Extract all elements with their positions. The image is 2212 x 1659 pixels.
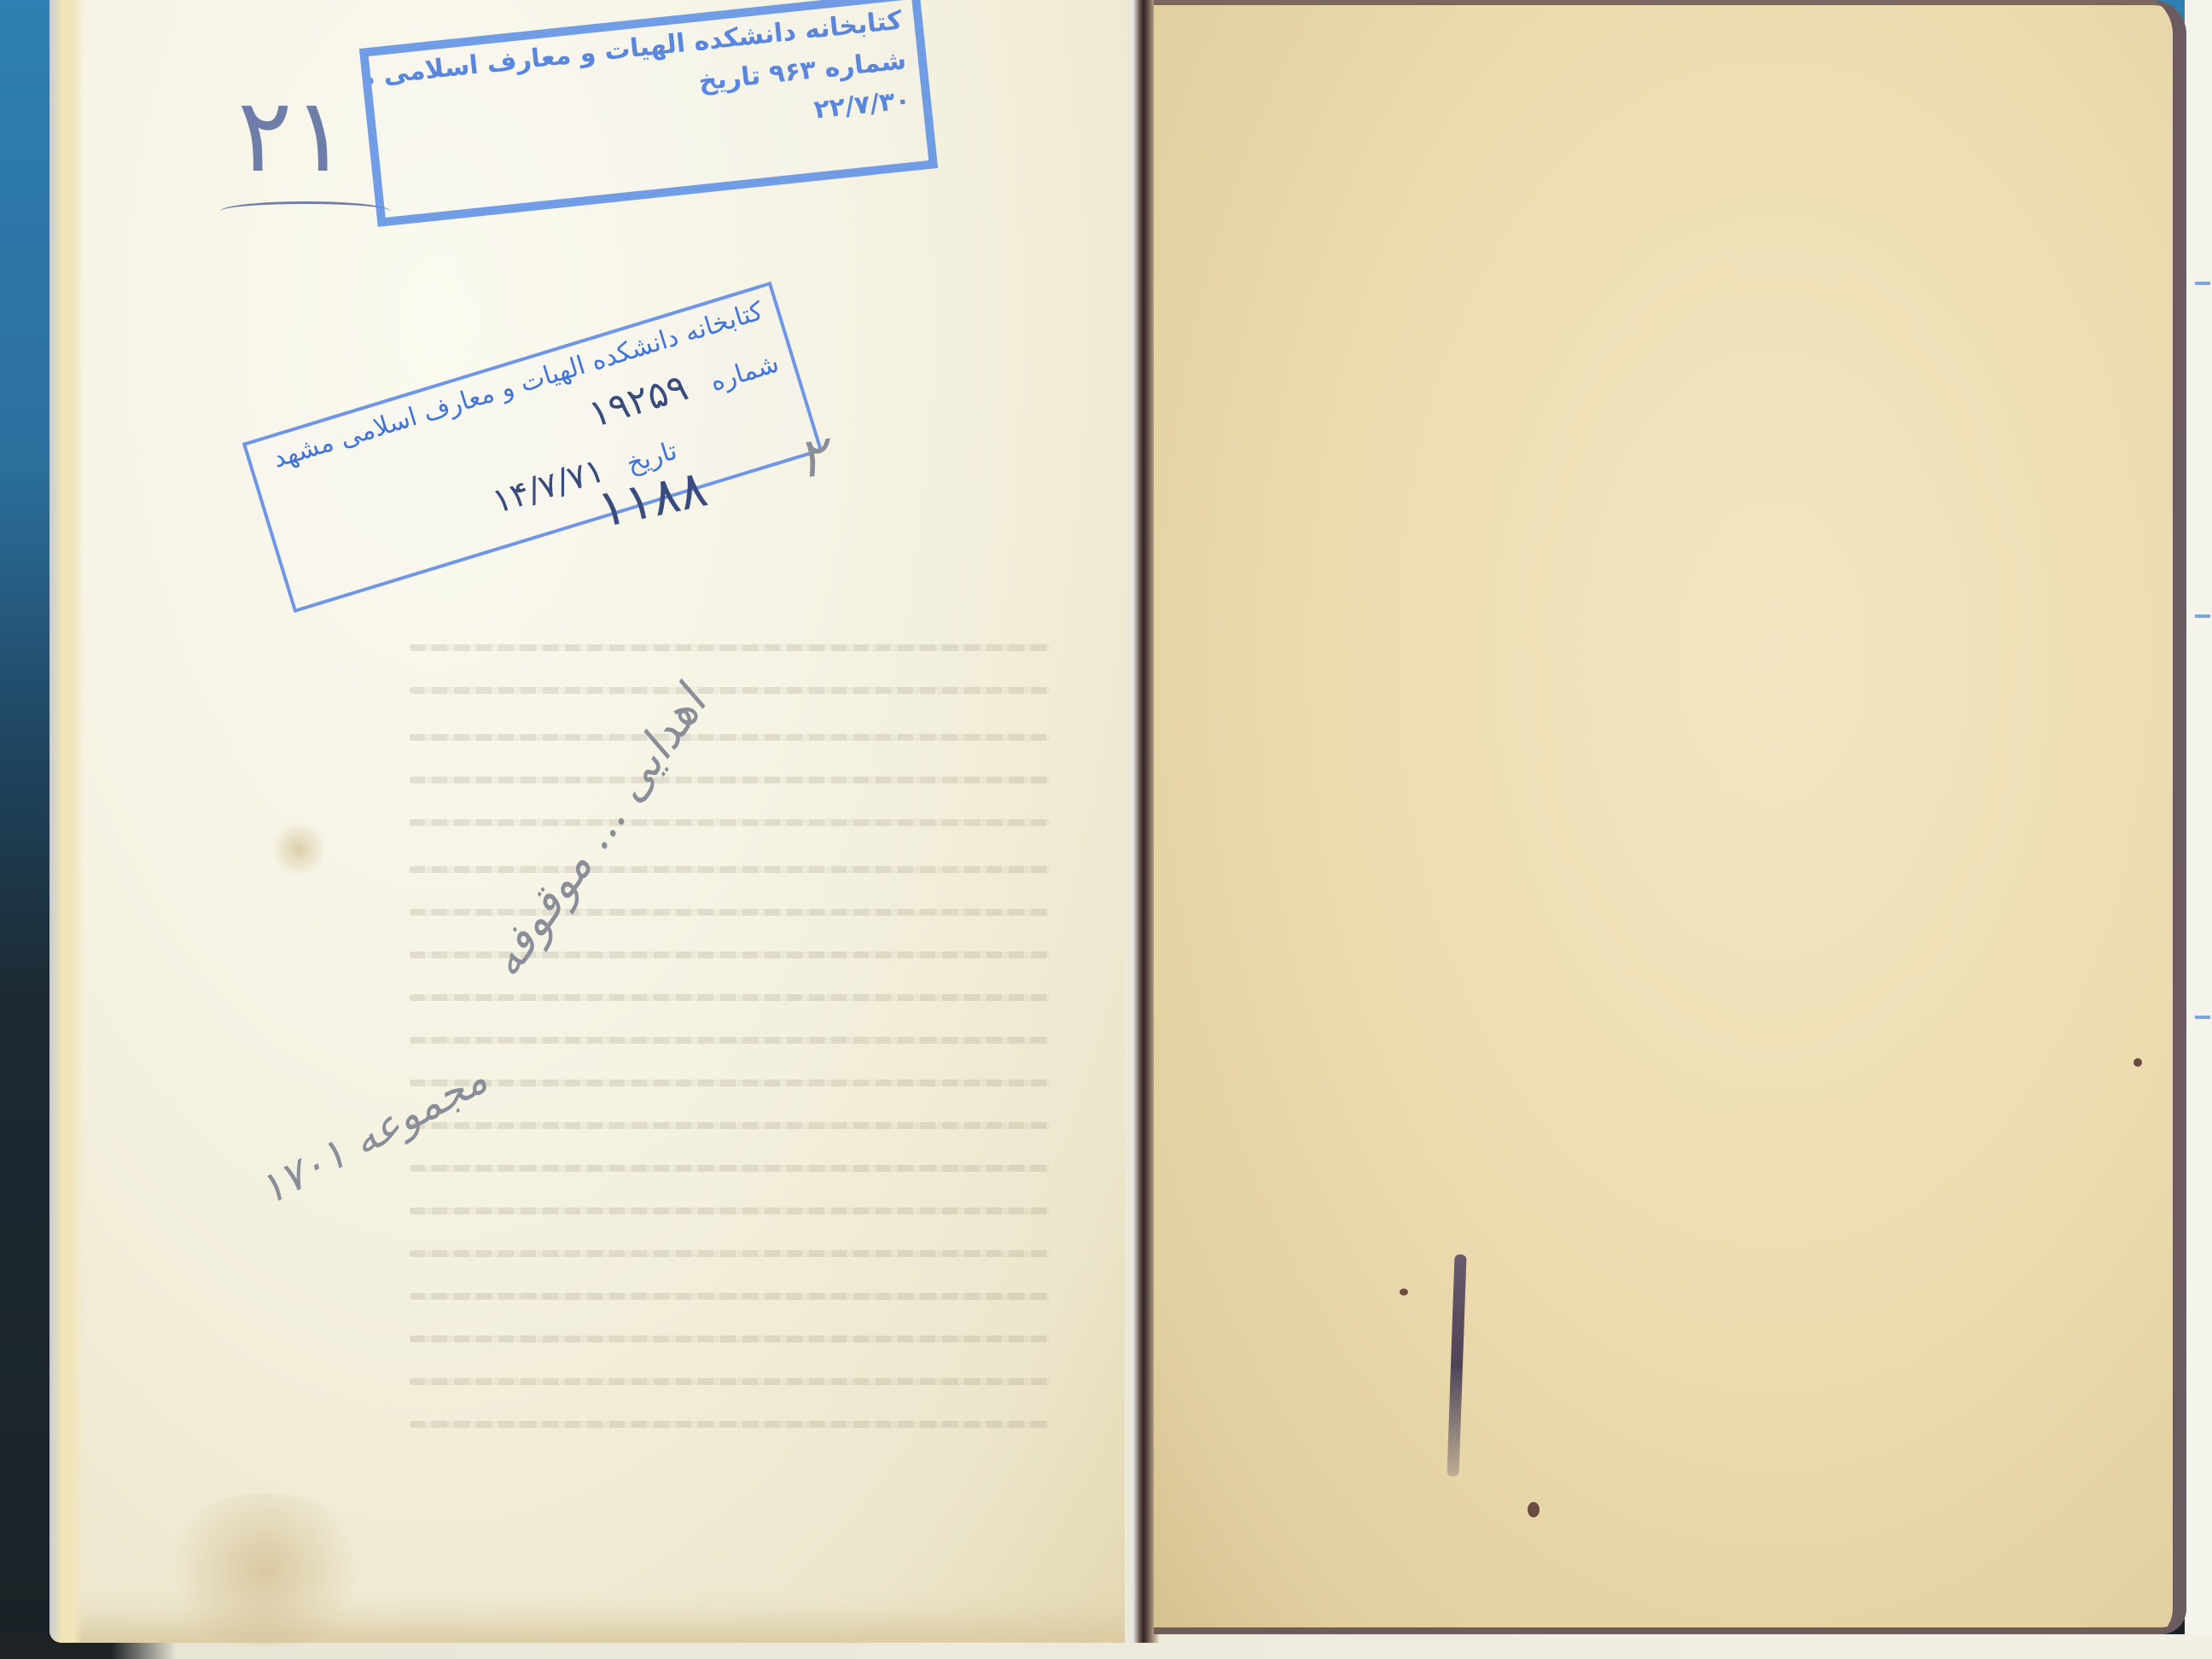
text-line [410,1378,1050,1385]
text-line [410,1080,1050,1086]
text-line [410,1122,1050,1129]
ink-spot [1528,1502,1540,1517]
text-line [410,1421,1050,1428]
text-line [410,687,1050,694]
adjacent-page-ink-mark [2195,614,2210,618]
text-line [410,1037,1050,1044]
text-line [410,734,1050,741]
ink-spot [2133,1058,2142,1067]
text-line [410,1165,1050,1172]
text-line [410,1336,1050,1342]
text-line [410,866,1050,873]
text-line [410,994,1050,1001]
text-line [410,644,1050,651]
text-line [410,777,1050,783]
stain [273,819,324,879]
adjacent-page-ink-mark [2195,282,2210,285]
background-surface-right [2185,0,2212,1659]
stain [154,1493,375,1647]
text-line [410,819,1050,826]
text-line [410,1293,1050,1300]
text-line [410,1208,1050,1214]
left-page-edge [49,0,84,1643]
adjacent-page-ink-mark [2195,1016,2210,1019]
pencil-page-number: ۲۱ [237,85,347,188]
ink-spot [1400,1289,1408,1295]
text-line [410,1250,1050,1257]
pencil-underline [220,201,391,221]
right-page [1154,0,2186,1634]
